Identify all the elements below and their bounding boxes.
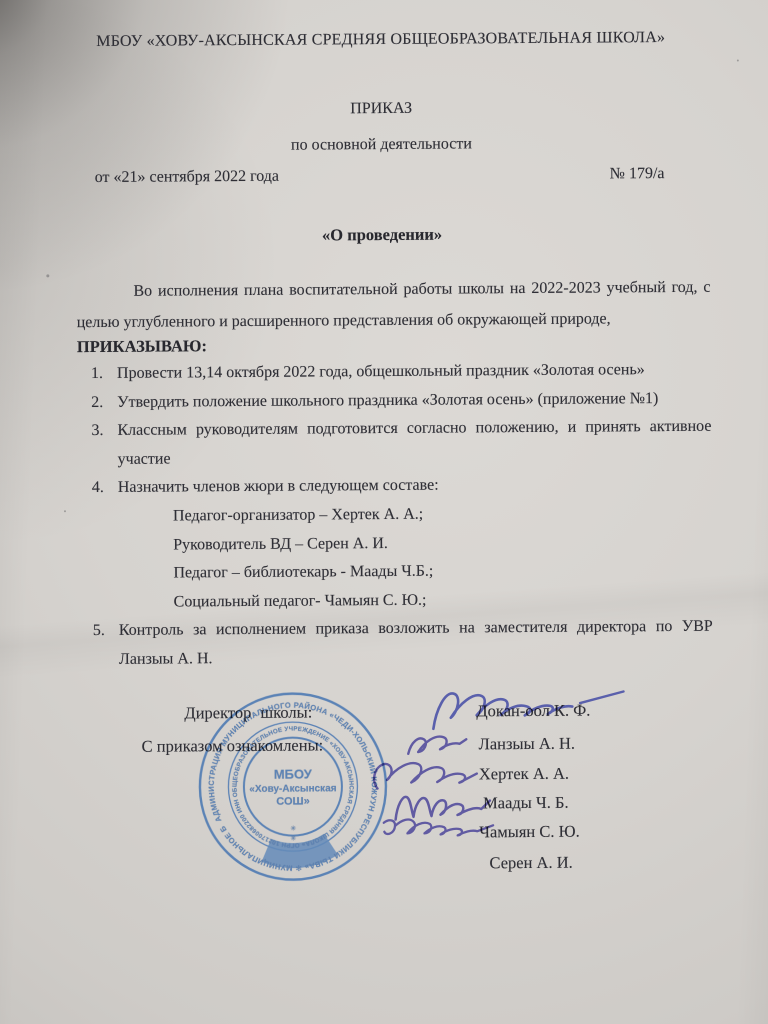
item-text: Контроль за исполнением приказа возложит… (119, 618, 713, 639)
order-date: от «21» сентября 2022 года (95, 167, 279, 188)
intro-line-2: целью углубленного и расширенного предст… (77, 303, 711, 338)
intro-paragraph: Во исполнения плана воспитательной работ… (76, 273, 710, 338)
order-items-list: 1. Провести 13,14 октября 2022 года, общ… (77, 356, 713, 675)
item-number: 1. (91, 360, 103, 389)
item-number: 4. (92, 474, 104, 503)
item-text: Назначить членов жюри в следующем состав… (118, 477, 439, 496)
list-item: 2. Утвердить положение школьного праздни… (77, 384, 711, 417)
jury-member-line: Педагог – библиотекарь - Маады Ч.Б.; (78, 556, 712, 589)
item-text-continuation: Ланзыы А. Н. (79, 642, 713, 675)
order-subtitle: по основной деятельности (0, 132, 765, 157)
jury-member-line: Социальный педагог- Чамыян С. Ю.; (79, 584, 713, 617)
list-item: 3. Классным руководителям подготовится с… (77, 413, 711, 446)
stamp-asterisk: ✳ (290, 835, 296, 843)
item-text: Провести 13,14 октября 2022 года, общешк… (117, 361, 645, 382)
document-photo: МБОУ «ХОВУ-АКСЫНСКАЯ СРЕДНЯЯ ОБЩЕОБРАЗОВ… (0, 0, 768, 1024)
list-item: 4. Назначить членов жюри в следующем сос… (78, 470, 712, 503)
stamp-center-line1: МБОУ (274, 767, 313, 782)
item-text: Классным руководителям подготовится согл… (117, 418, 711, 439)
resolve-word: ПРИКАЗЫВАЮ: (77, 336, 207, 357)
list-item: 5. Контроль за исполнением приказа возло… (79, 613, 713, 646)
jury-member-line: Руководитель ВД – Серен А. И. (78, 527, 712, 560)
item-text: Утвердить положение школьного праздника … (117, 390, 658, 411)
paper-speck (64, 510, 66, 512)
item-number: 3. (91, 417, 103, 446)
stamp-center-line2: «Хову-Аксынская (249, 783, 336, 795)
jury-member-line: Педагог-организатор – Хертек А. А.; (78, 499, 712, 532)
signature-chamyyan (373, 804, 500, 853)
item-number: 2. (91, 389, 103, 418)
order-document: МБОУ «ХОВУ-АКСЫНСКАЯ СРЕДНЯЯ ОБЩЕОБРАЗОВ… (0, 0, 768, 1024)
order-title: ПРИКАЗ (0, 96, 765, 121)
intro-line-1: Во исполнения плана воспитательной работ… (76, 273, 710, 308)
stamp-center-line3: СОШ» (276, 796, 309, 808)
order-number: № 179/а (610, 164, 665, 184)
order-subject: «О проведении» (0, 222, 766, 247)
item-text-continuation: участие (78, 441, 712, 474)
school-name-header: МБОУ «ХОВУ-АКСЫНСКАЯ СРЕДНЯЯ ОБЩЕОБРАЗОВ… (0, 27, 765, 52)
item-number: 5. (93, 617, 105, 646)
list-item: 1. Провести 13,14 октября 2022 года, общ… (77, 356, 711, 389)
paper-speck (737, 60, 739, 62)
stamp-asterisk: ✳ (290, 825, 296, 833)
acknowledged-name: Серен А. И. (489, 853, 572, 874)
paper-speck (46, 274, 49, 277)
